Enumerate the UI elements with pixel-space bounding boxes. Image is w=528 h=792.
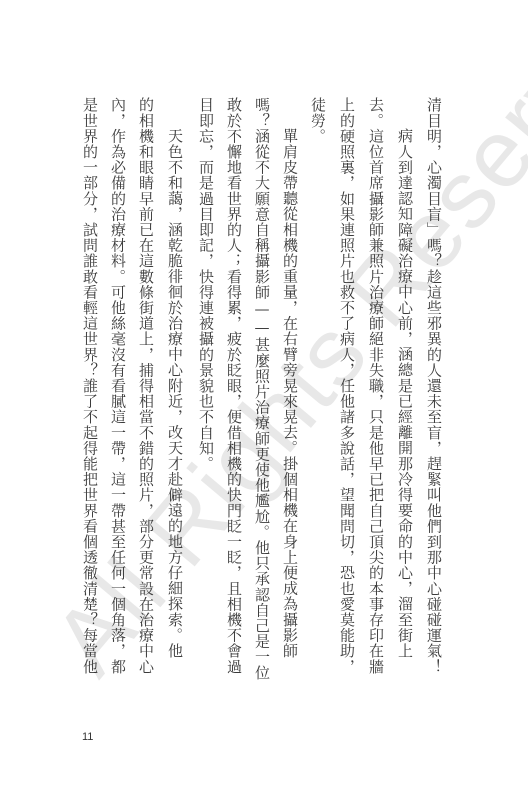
text-column-1: 清目明，心濁目盲」嗎？趁這些邪異的人還未至盲，趕緊叫他們到那中心碰碰運氣！ <box>425 97 443 674</box>
book-page: All Rights Reserved 清目明，心濁目盲」嗎？趁這些邪異的人還未… <box>0 0 528 792</box>
text-column-2: 病人到達認知障礙治療中心前，涵總是已經離開那冷得要命的中心，溜至街上 <box>396 128 414 658</box>
text-column-6: 單肩皮帶聽從相機的重量，在右臂旁晃來晃去。掛個相機在身上便成為攝影師 <box>281 128 299 658</box>
text-column-10: 天色不和藹，涵乾脆徘徊於治療中心附近，改天才赴僻遠的地方仔細探索。他 <box>166 128 184 658</box>
text-column-4: 上的硬照裏，如果連照片也救不了病人，任他諸多說話，望聞問切，恐也愛莫能助， <box>338 97 356 674</box>
text-column-11: 的相機和眼睛早前已在這數條街道上，捕得相當不錯的照片，部分更常設在治療中心 <box>137 97 155 674</box>
text-column-8: 敢於不懈地看世界的人；看得累，疲於眨眼，便借相機的快門眨一眨，且相機不會過 <box>225 97 243 674</box>
text-column-9: 目即忘，而是過目即記，快得連被攝的景貌也不自知。 <box>197 97 215 471</box>
watermark: All Rights Reserved <box>32 135 528 696</box>
page-number: 11 <box>82 731 93 743</box>
text-column-5: 徒勞。 <box>309 97 327 144</box>
text-column-7: 嗎？涵從不大願意自稱攝影師——甚麼照片治療師更使他尷尬。他只承認自己是一位 <box>253 97 271 680</box>
text-column-3: 去。這位首席攝影師兼照片治療師絕非失職，只是他早已把自己頂尖的本事存印在牆 <box>367 97 385 674</box>
text-column-13: 是世界的一部分，試問誰敢看輕這世界？誰了不起得能把世界看個透徹清楚？每當他 <box>81 97 99 674</box>
text-column-12: 內，作為必備的治療材料。可他絲毫沒有看膩這一帶，這一帶甚至任何一個角落，都 <box>109 97 127 674</box>
